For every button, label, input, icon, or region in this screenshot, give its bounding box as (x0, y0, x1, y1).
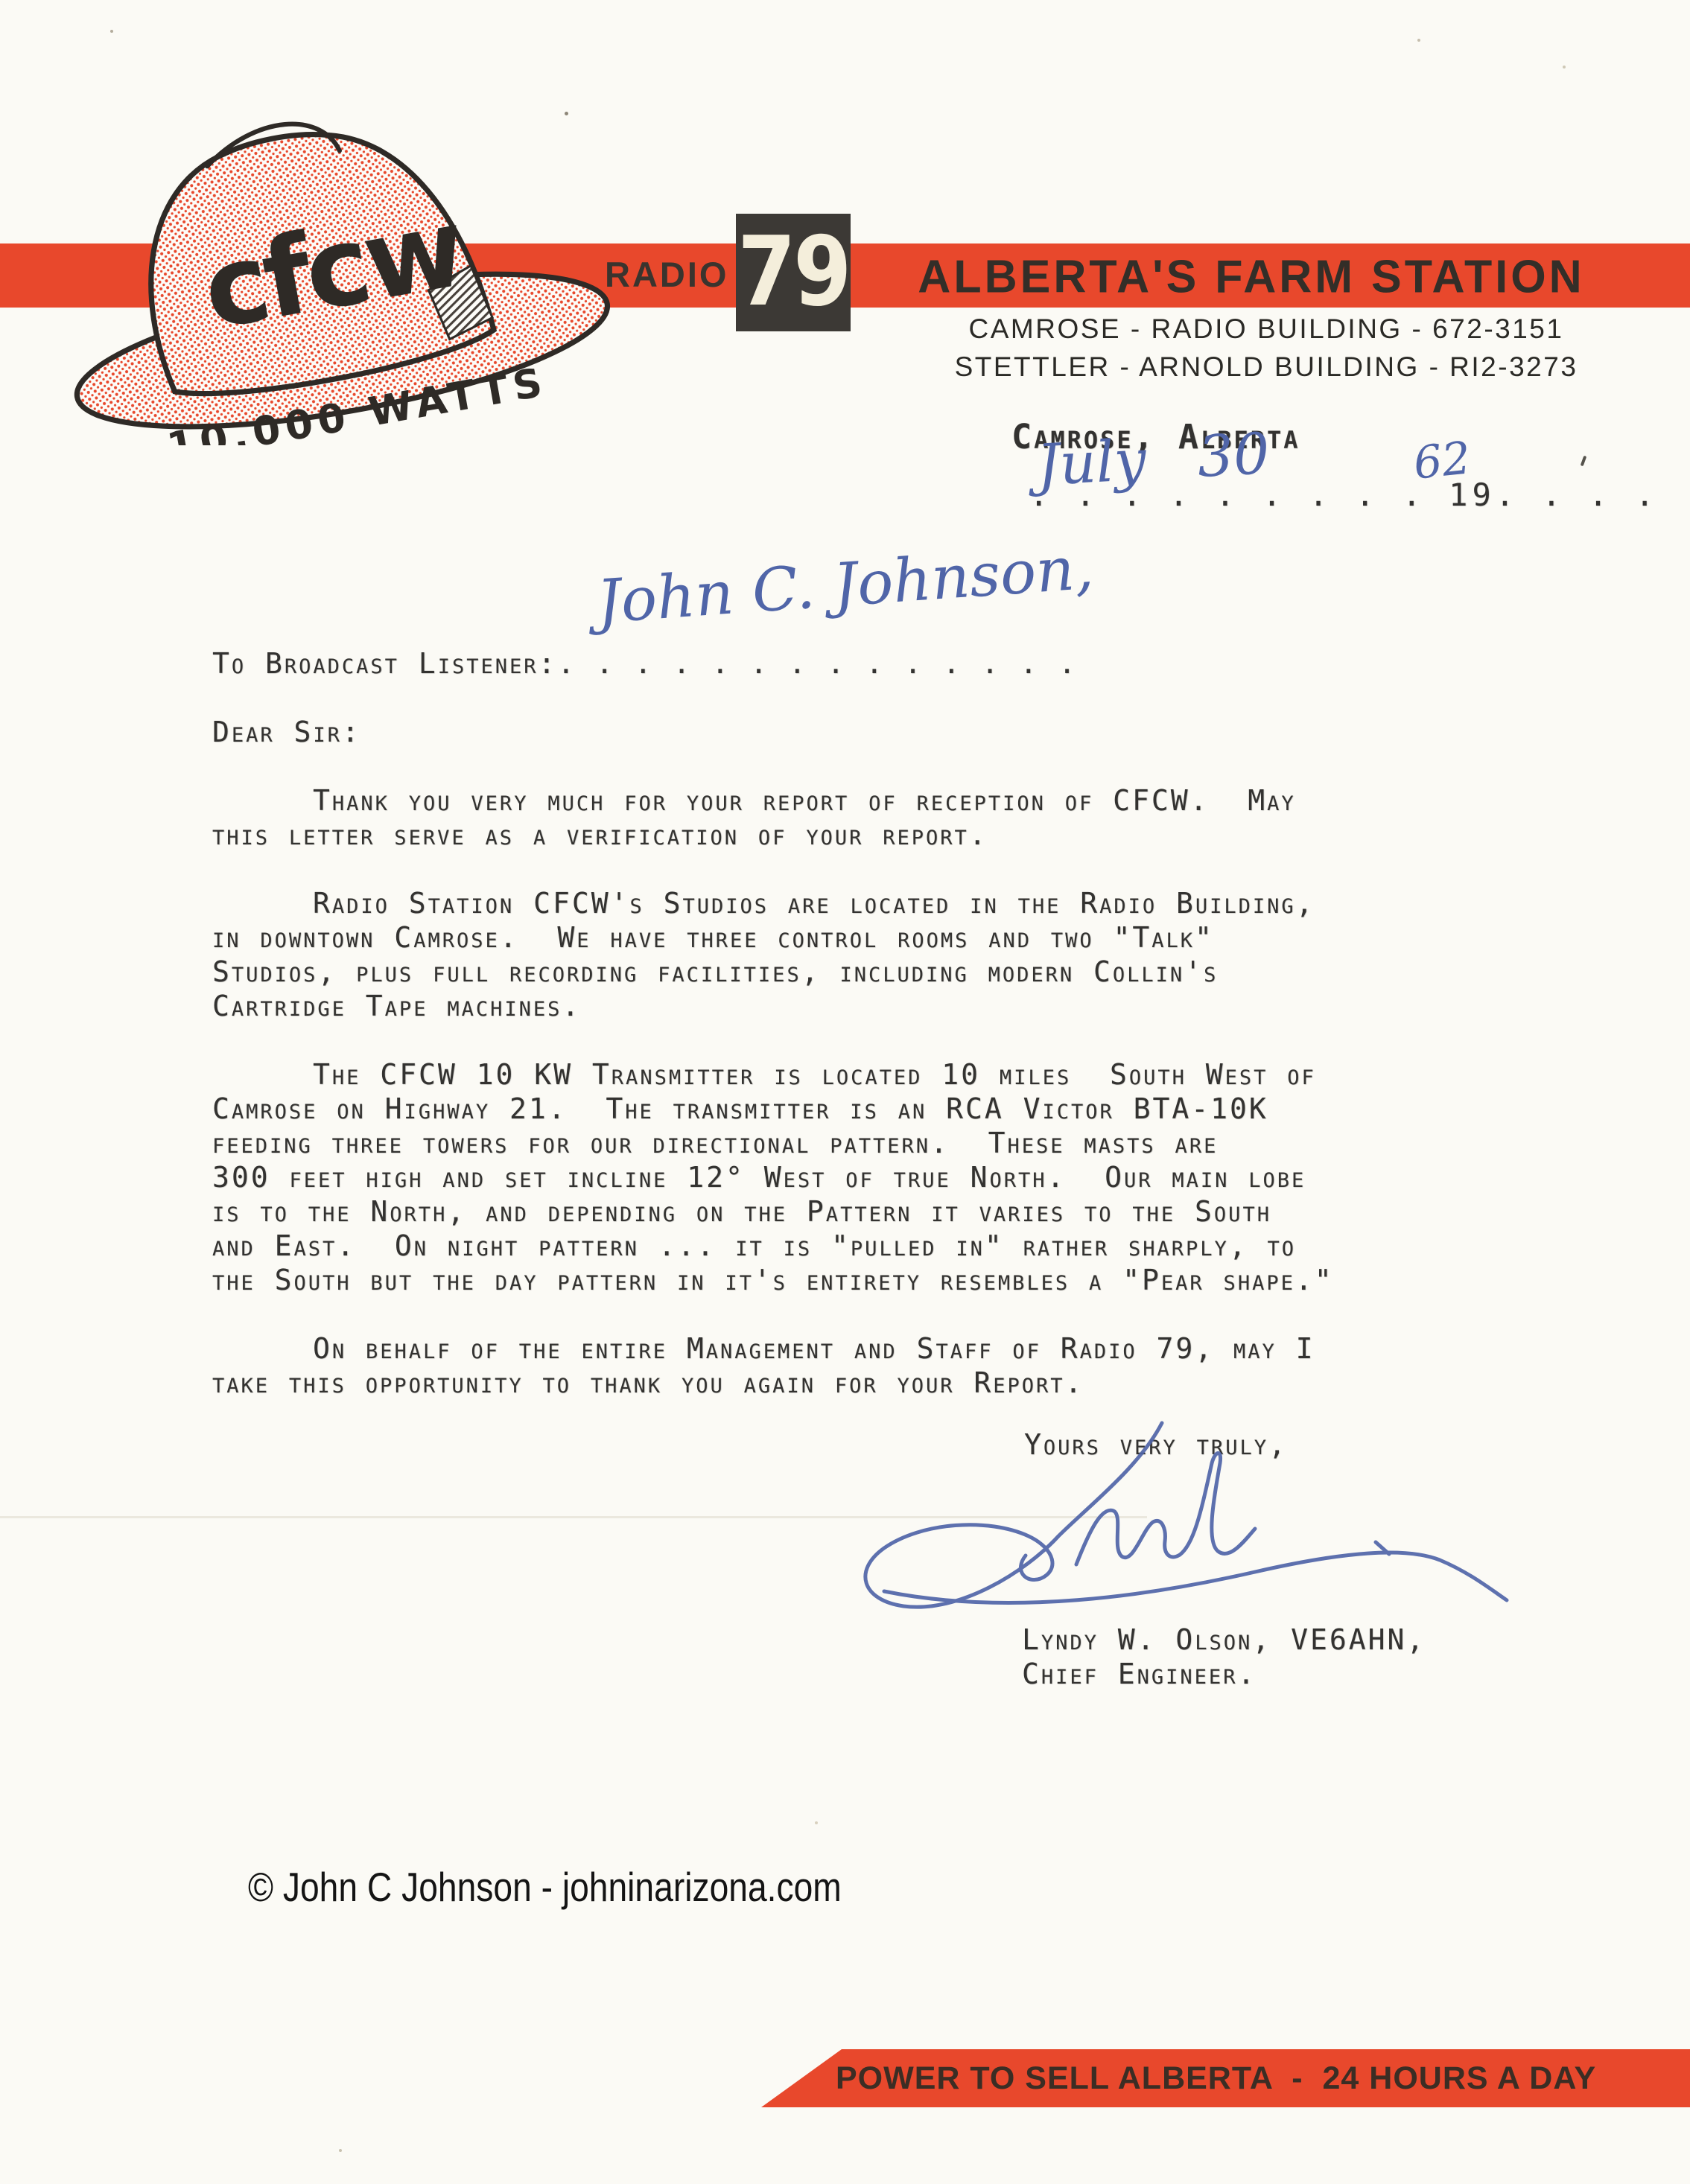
date-dots-after: . . . . (1496, 477, 1659, 513)
handwritten-date: July 30 (1035, 420, 1271, 498)
frequency-box: 79 (736, 214, 851, 331)
paragraph-3: The CFCW 10 KW Transmitter is located 10… (212, 1057, 1493, 1297)
signature-stroke-underline (884, 1553, 1507, 1602)
signature-title: Chief Engineer. (1022, 1658, 1257, 1690)
scan-speck (815, 1821, 818, 1824)
copyright-watermark: © John C Johnson - johninarizona.com (248, 1863, 842, 1911)
scan-speck (110, 30, 113, 33)
hat-shape-group: cfcw 10,000 WATTS (46, 95, 623, 445)
scan-speck (339, 2149, 342, 2152)
to-broadcast-listener-line: To Broadcast Listener:. . . . . . . . . … (212, 646, 1493, 681)
paragraph-4: On behalf of the entire Management and S… (212, 1331, 1493, 1400)
station-title: ALBERTA'S FARM STATION (898, 249, 1605, 302)
handwritten-year: 62 (1411, 432, 1473, 490)
signature-stroke-letters (1076, 1453, 1255, 1564)
signature-ink (838, 1419, 1531, 1642)
scan-speck (1563, 66, 1566, 69)
paragraph-1: Thank you very much for your report of r… (212, 783, 1493, 852)
scan-speck (1417, 39, 1420, 42)
cfcw-hat-logo: cfcw 10,000 WATTS (46, 95, 627, 445)
pen-tick-mark (1581, 456, 1587, 467)
salutation: Dear Sir: (212, 715, 1493, 749)
bottom-slogan-text: POWER TO SELL ALBERTA - 24 HOURS A DAY (761, 2060, 1596, 2097)
paragraph-2: Radio Station CFCW's Studios are located… (212, 886, 1493, 1023)
address-stettler: STETTLER - ARNOLD BUILDING - RI2-3273 (924, 351, 1609, 383)
frequency-number: 79 (737, 225, 849, 320)
bottom-slogan-banner: POWER TO SELL ALBERTA - 24 HOURS A DAY (761, 2049, 1690, 2107)
address-camrose: CAMROSE - RADIO BUILDING - 672-3151 (924, 313, 1609, 345)
handwritten-recipient: John C. Johnson, (595, 533, 1096, 637)
